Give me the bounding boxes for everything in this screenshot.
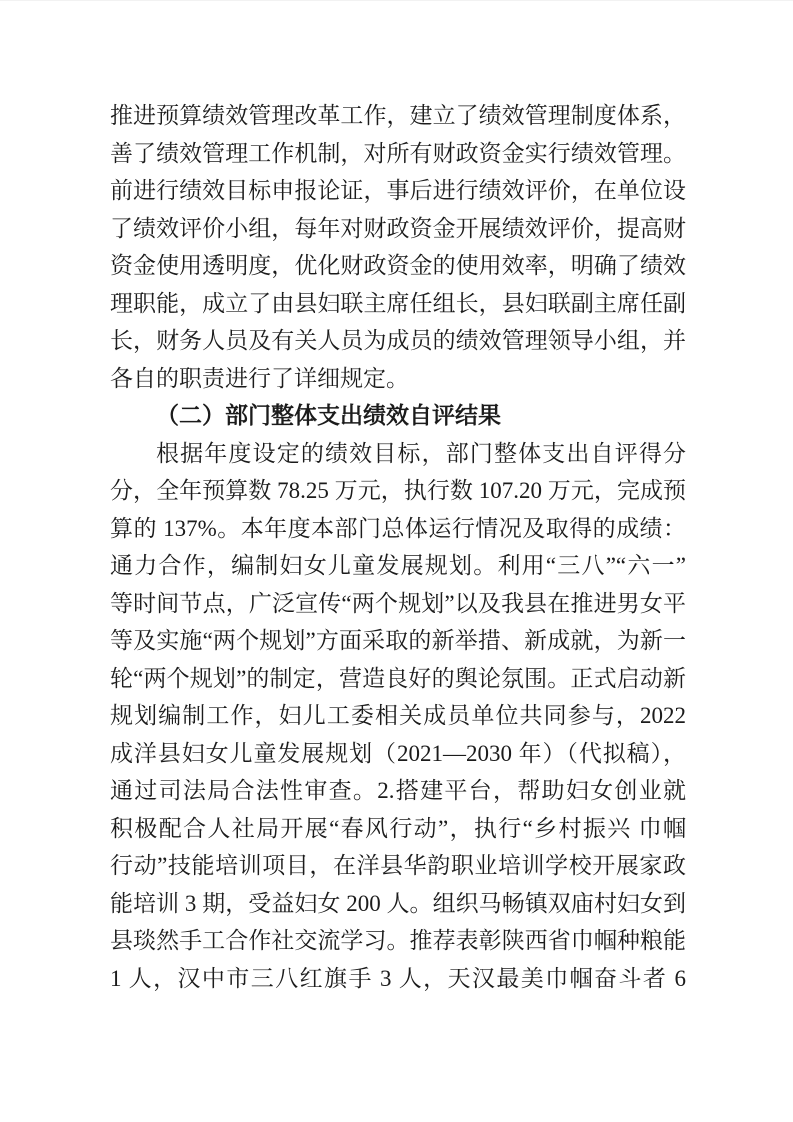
text-line: 通过司法局合法性审查。2.搭建平台，帮助妇女创业就业。 <box>110 772 686 810</box>
text-line: 了绩效评价小组，每年对财政资金开展绩效评价，提高财政 <box>110 210 686 248</box>
text-line: 行动”技能培训项目，在洋县华韵职业培训学校开展家政技 <box>110 847 686 885</box>
text-line: 通力合作，编制妇女儿童发展规划。利用“三八”“六一” <box>110 547 686 585</box>
text-line: 根据年度设定的绩效目标，部门整体支出自评得分 98 <box>110 435 686 473</box>
text-line: 能培训 3 期，受益妇女 200 人。组织马畅镇双庙村妇女到勉 <box>110 885 686 923</box>
text-line: 前进行绩效目标申报论证，事后进行绩效评价，在单位设置 <box>110 172 686 210</box>
text-line: 资金使用透明度，优化财政资金的使用效率，明确了绩效管 <box>110 247 686 285</box>
text-line: 轮“两个规划”的制定，营造良好的舆论氛围。正式启动新 <box>110 660 686 698</box>
text-line: 善了绩效管理工作机制，对所有财政资金实行绩效管理。事 <box>110 135 686 173</box>
text-line: 各自的职责进行了详细规定。 <box>110 360 686 398</box>
text-line: 积极配合人社局开展“春风行动”，执行“乡村振兴 巾帼 <box>110 810 686 848</box>
text-line: 分，全年预算数 78.25 万元，执行数 107.20 万元，完成预 <box>110 472 686 510</box>
text-line: 1 人，汉中市三八红旗手 3 人，天汉最美巾帼奋斗者 6 人， <box>110 960 686 998</box>
document-page: 推进预算绩效管理改革工作，建立了绩效管理制度体系，完 善了绩效管理工作机制，对所… <box>0 0 793 1122</box>
section-heading: （二）部门整体支出绩效自评结果 <box>110 397 686 435</box>
text-line: 等时间节点，广泛宣传“两个规划”以及我县在推进男女平 <box>110 585 686 623</box>
text-line: 算的 137%。本年度本部门总体运行情况及取得的成绩：1. <box>110 510 686 548</box>
text-block: 推进预算绩效管理改革工作，建立了绩效管理制度体系，完 善了绩效管理工作机制，对所… <box>110 97 686 997</box>
text-line: 等及实施“两个规划”方面采取的新举措、新成就，为新一 <box>110 622 686 660</box>
text-line: 推进预算绩效管理改革工作，建立了绩效管理制度体系，完 <box>110 97 686 135</box>
text-line: 县琰然手工合作社交流学习。推荐表彰陕西省巾帼种粮能手 <box>110 922 686 960</box>
text-line: 规划编制工作，妇儿工委相关成员单位共同参与，2022 年形 <box>110 697 686 735</box>
text-line: 理职能，成立了由县妇联主席任组长，县妇联副主席任副组 <box>110 285 686 323</box>
text-line: 长，财务人员及有关人员为成员的绩效管理领导小组，并对 <box>110 322 686 360</box>
text-line: 成洋县妇女儿童发展规划（2021—2030 年）（代拟稿），并 <box>110 735 686 773</box>
